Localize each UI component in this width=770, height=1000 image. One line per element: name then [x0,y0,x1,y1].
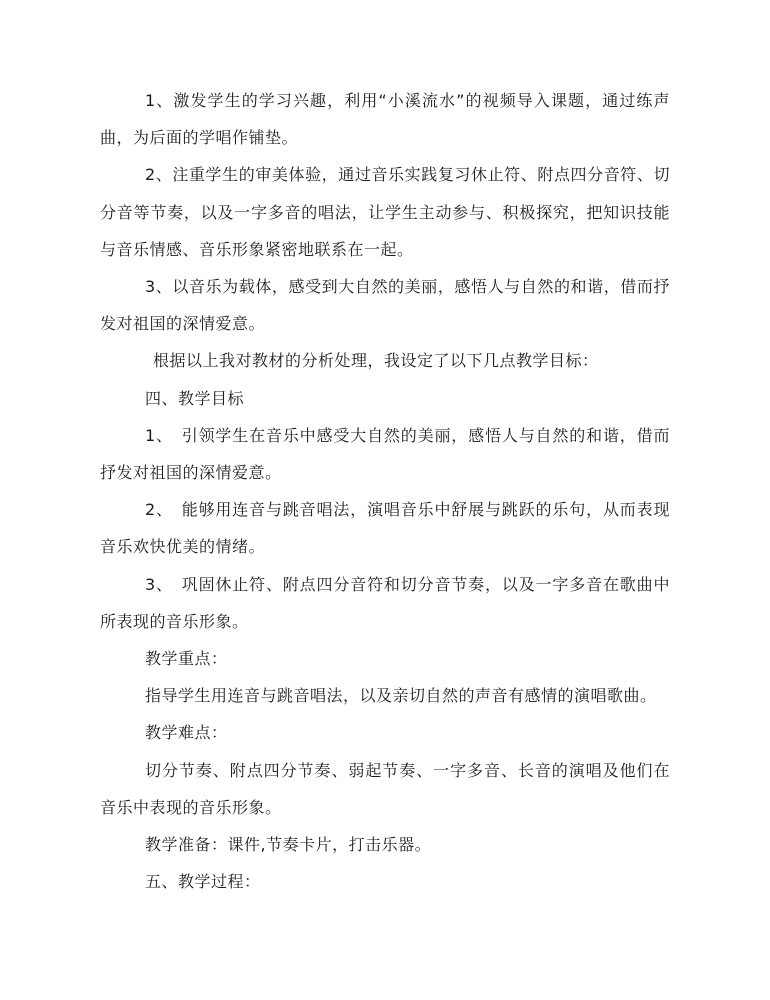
teaching-focus-content: 指导学生用连音与跳音唱法，以及亲切自然的声音有感情的演唱歌曲。 [100,677,670,714]
teaching-preparation: 教学准备：课件,节奏卡片，打击乐器。 [100,826,670,863]
document-page: 1、激发学生的学习兴趣，利用“小溪流水”的视频导入课题，通过练声曲，为后面的学唱… [0,0,770,1000]
section-heading-objectives: 四、教学目标 [100,380,670,417]
paragraph-analysis-point-3: 3、以音乐为载体，感受到大自然的美丽，感悟人与自然的和谐，借而抒发对祖国的深情爱… [100,268,670,342]
document-text-block: 1、激发学生的学习兴趣，利用“小溪流水”的视频导入课题，通过练声曲，为后面的学唱… [100,82,670,900]
paragraph-analysis-point-1: 1、激发学生的学习兴趣，利用“小溪流水”的视频导入课题，通过练声曲，为后面的学唱… [100,82,670,156]
paragraph-analysis-point-2: 2、注重学生的审美体验，通过音乐实践复习休止符、附点四分音符、切分音等节奏，以及… [100,156,670,268]
section-heading-process: 五、教学过程： [100,863,670,900]
teaching-difficulty-label: 教学难点： [100,714,670,751]
teaching-focus-label: 教学重点： [100,640,670,677]
paragraph-objective-1: 1、 引领学生在音乐中感受大自然的美丽，感悟人与自然的和谐，借而抒发对祖国的深情… [100,417,670,491]
paragraph-objective-3: 3、 巩固休止符、附点四分音符和切分音节奏，以及一字多音在歌曲中所表现的音乐形象… [100,566,670,640]
paragraph-objective-2: 2、 能够用连音与跳音唱法，演唱音乐中舒展与跳跃的乐句，从而表现音乐欢快优美的情… [100,491,670,565]
teaching-difficulty-content: 切分节奏、附点四分节奏、弱起节奏、一字多音、长音的演唱及他们在音乐中表现的音乐形… [100,752,670,826]
paragraph-objectives-intro: 根据以上我对教材的分析处理，我设定了以下几点教学目标： [100,342,670,379]
